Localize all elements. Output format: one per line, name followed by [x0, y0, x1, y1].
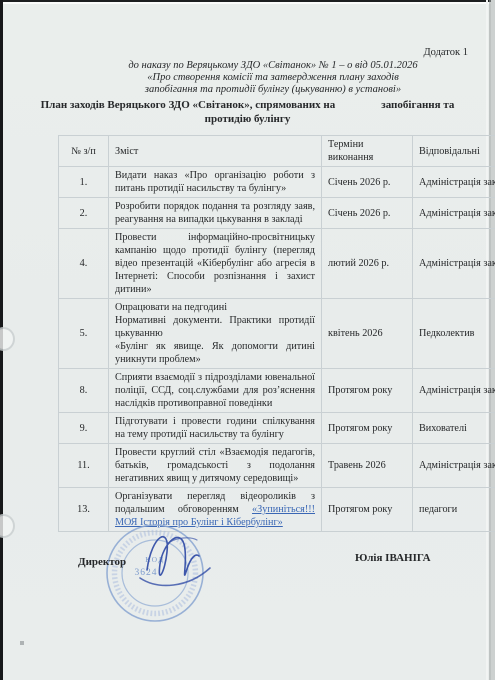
order-reference-line: «Про створення комісії та затвердження п… [78, 72, 468, 84]
row-number-cell: 5. [59, 299, 109, 369]
row-responsible-cell: Вихователі [413, 413, 495, 444]
row-responsible-cell: Педколектив [413, 299, 495, 369]
row-term-cell: лютий 2026 р. [322, 229, 413, 299]
row-number-cell: 8. [59, 369, 109, 413]
punch-hole-mark-bottom [0, 514, 15, 538]
document-header: Додаток 1 до наказу по Веряцькому ЗДО «С… [0, 46, 468, 95]
row-term-cell: Травень 2026 [322, 444, 413, 488]
table-row: 1. Видати наказ «Про організацію роботи … [59, 167, 495, 198]
col-header-term: Терміни виконання [322, 136, 413, 167]
order-reference-line: до наказу по Веряцькому ЗДО «Світанок» №… [78, 60, 468, 72]
row-responsible-cell: Адміністрація закладу [413, 369, 495, 413]
director-name: Юлія ІВАНІГА [355, 552, 431, 564]
row-responsible-cell: Адміністрація закладу [413, 198, 495, 229]
row-number-cell: 4. [59, 229, 109, 299]
scanned-document-page: Додаток 1 до наказу по Веряцькому ЗДО «С… [0, 0, 495, 680]
row-responsible-cell: Адміністрація закладу [413, 167, 495, 198]
row-term-cell: квітень 2026 [322, 299, 413, 369]
row-content-cell: Розробити порядок подання та розгляду за… [109, 198, 322, 229]
title-part2: запобігання та [381, 99, 454, 113]
row-content-cell: Провести круглий стіл «Взаємодія педагог… [109, 444, 322, 488]
punch-hole-mark-top [0, 327, 15, 351]
row-content-cell: Сприяти взаємодії з підрозділами ювеналь… [109, 369, 322, 413]
document-title-line1: План заходів Веряцького ЗДО «Світанок», … [0, 99, 495, 113]
row-number-cell: 1. [59, 167, 109, 198]
col-header-content: Зміст [109, 136, 322, 167]
stamp-code-value: 3624 [135, 568, 158, 578]
table-row: 4. Провести інформаційно-просвітницьку к… [59, 229, 495, 299]
plan-table-body: 1. Видати наказ «Про організацію роботи … [59, 167, 495, 532]
document-title-line2: протидію булінгу [0, 113, 495, 127]
row-term-cell: Січень 2026 р. [322, 198, 413, 229]
row-content-cell: Провести інформаційно-просвітницьку камп… [109, 229, 322, 299]
plan-table: № з/п Зміст Терміни виконання Відповідал… [58, 135, 495, 532]
round-stamp-with-signature: КОД 3624 [100, 518, 218, 630]
row-number-cell: 11. [59, 444, 109, 488]
table-row: 5. Опрацювати на педгодині Нормативні до… [59, 299, 495, 369]
order-reference-block: до наказу по Веряцькому ЗДО «Світанок» №… [78, 60, 468, 95]
row-responsible-cell: Адміністрація закладу [413, 229, 495, 299]
row-content-cell: Опрацювати на педгодині Нормативні докум… [109, 299, 322, 369]
col-header-number: № з/п [59, 136, 109, 167]
scan-speck [20, 641, 24, 645]
plan-table-head: № з/п Зміст Терміни виконання Відповідал… [59, 136, 495, 167]
table-row: 11. Провести круглий стіл «Взаємодія пед… [59, 444, 495, 488]
title-part1: План заходів Веряцького ЗДО «Світанок», … [41, 99, 336, 113]
col-header-responsible: Відповідальні [413, 136, 495, 167]
row-content-cell: Підготувати і провести години спілкуванн… [109, 413, 322, 444]
order-reference-line: запобігання та протидії булінгу (цькуван… [78, 84, 468, 96]
row-term-cell: Протягом року [322, 488, 413, 532]
row-responsible-cell: Адміністрація закладу [413, 444, 495, 488]
header-row: № з/п Зміст Терміни виконання Відповідал… [59, 136, 495, 167]
row-number-cell: 9. [59, 413, 109, 444]
document-title: План заходів Веряцького ЗДО «Світанок», … [0, 99, 495, 126]
table-row: 9. Підготувати і провести години спілкув… [59, 413, 495, 444]
row-content-cell: Видати наказ «Про організацію роботи з п… [109, 167, 322, 198]
appendix-label: Додаток 1 [0, 46, 468, 59]
director-label: Директор [78, 556, 126, 568]
scan-edge-top-highlight [0, 2, 495, 4]
row-responsible-cell: педагоги [413, 488, 495, 532]
row-term-cell: Протягом року [322, 369, 413, 413]
row-term-cell: Січень 2026 р. [322, 167, 413, 198]
table-row: 8. Сприяти взаємодії з підрозділами ювен… [59, 369, 495, 413]
row-term-cell: Протягом року [322, 413, 413, 444]
table-row: 2. Розробити порядок подання та розгляду… [59, 198, 495, 229]
row-number-cell: 2. [59, 198, 109, 229]
